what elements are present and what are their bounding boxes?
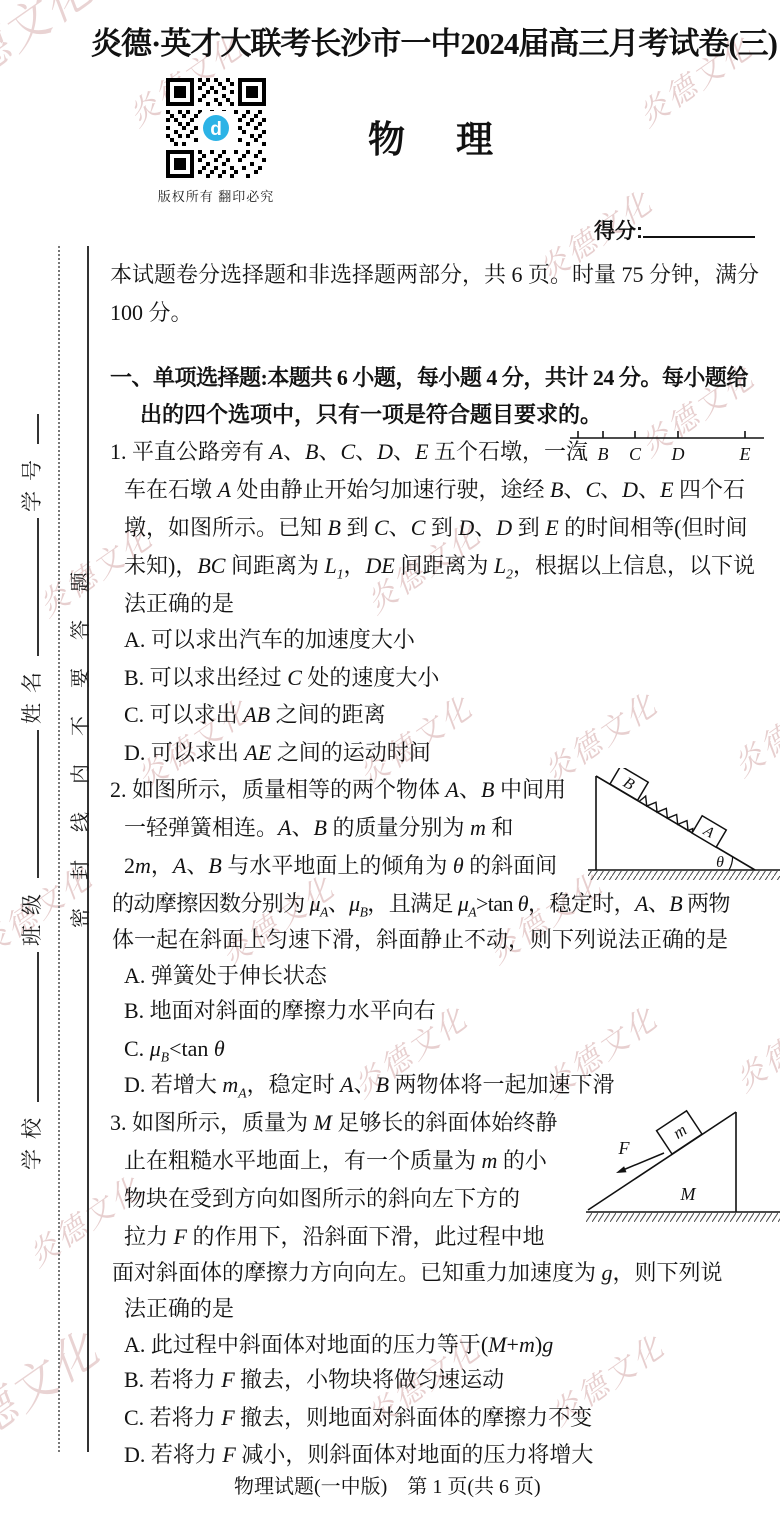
milestone-label-c: C: [629, 444, 642, 464]
milestone-label-d: D: [671, 444, 685, 464]
watermark-text: 炎德文化: [0, 1314, 111, 1480]
section-heading-line: 出的四个选项中，只有一项是符合题目要求的。: [140, 400, 602, 430]
question-1-line: 车在石墩 A 处由静止开始匀加速行驶，途经 B、C、D、E 四个石: [124, 475, 745, 505]
question-3-line: 面对斜面体的摩擦力方向向左。已知重力加速度为 g，则下列说: [112, 1258, 723, 1288]
question-2-option-c: C. μB<tan θ: [124, 1034, 225, 1072]
sidebar-student-fields: 学校班级姓名学号: [16, 360, 46, 1170]
question-2-line: 的动摩擦因数分别为 μA、μB，且满足 μA>tan θ，稳定时，A、B 两物: [112, 889, 730, 927]
question-1-option-b: B. 可以求出经过 C 处的速度大小: [124, 663, 439, 693]
ground-hatching: [588, 871, 780, 880]
sidebar-field-number: 学号: [20, 450, 44, 512]
name-blank-line: [18, 518, 39, 656]
question-2-line: 2m，A、B 与水平地面上的倾角为 θ 的斜面间: [124, 851, 557, 881]
milestone-ticks: [578, 431, 745, 438]
block-b: B: [610, 768, 648, 800]
question-1-line: 1. 平直公路旁有 A、B、C、D、E 五个石墩，一汽: [110, 437, 588, 467]
milestone-label-a: A: [572, 444, 585, 464]
subject-title: 物 理: [90, 109, 778, 163]
number-blank-line: [18, 414, 39, 444]
spring: [639, 795, 696, 833]
intro-line: 本试题卷分选择题和非选择题两部分，共 6 页。时量 75 分钟，满分: [110, 260, 759, 290]
q3-diagram: m F M: [586, 1096, 780, 1222]
question-3-line: 拉力 F 的作用下，沿斜面下滑，此过程中地: [124, 1222, 544, 1252]
question-1-option-c: C. 可以求出 AB 之间的距离: [124, 700, 386, 730]
force-label: F: [618, 1138, 631, 1158]
sidebar-field-school: 学校: [20, 1108, 44, 1170]
angle-arc: [729, 857, 733, 870]
question-2-line: 2. 如图所示，质量相等的两个物体 A、B 中间用: [110, 775, 566, 805]
question-3-line: 止在粗糙水平地面上，有一个质量为 m 的小: [124, 1146, 547, 1176]
watermark-text: 炎德文化: [0, 0, 104, 120]
sidebar-field-name: 姓名: [20, 662, 44, 724]
page-footer: 物理试题(一中版) 第 1 页(共 6 页): [234, 1470, 541, 1499]
question-3-line: 法正确的是: [124, 1294, 234, 1324]
question-3-option-c: C. 若将力 F 撤去，则地面对斜面体的摩擦力不变: [124, 1403, 592, 1433]
block-a: A: [692, 816, 726, 847]
score-blank-line: [643, 215, 755, 238]
seal-dotted-line: [58, 246, 60, 1452]
milestone-label-e: E: [739, 444, 751, 464]
question-3-option-d: D. 若将力 F 减小，则斜面体对地面的压力将增大: [124, 1440, 593, 1470]
watermark-text: 炎德文化: [724, 988, 780, 1100]
question-2-line: 体一起在斜面上匀速下滑，斜面静止不动，则下列说法正确的是: [112, 925, 728, 955]
question-1-line: 墩，如图所示。已知 B 到 C、C 到 D、D 到 E 的时间相等(但时间: [124, 513, 747, 543]
question-1-option-a: A. 可以求出汽车的加速度大小: [124, 625, 415, 655]
block-m: m: [657, 1111, 702, 1154]
score-field: 得分:: [594, 215, 755, 245]
school-blank-line: [18, 952, 39, 1102]
q2-diagram: B A θ: [588, 768, 780, 886]
question-2-option-a: A. 弹簧处于伸长状态: [124, 961, 327, 991]
class-blank-line: [18, 730, 39, 878]
question-1-option-d: D. 可以求出 AE 之间的运动时间: [124, 738, 431, 768]
ground-hatching: [586, 1213, 780, 1222]
score-label: 得分:: [594, 220, 643, 243]
question-3-option-b: B. 若将力 F 撤去，小物块将做匀速运动: [124, 1365, 504, 1395]
question-3-option-a: A. 此过程中斜面体对地面的压力等于(M+m)g: [124, 1330, 553, 1360]
question-2-line: 一轻弹簧相连。A、B 的质量分别为 m 和: [124, 813, 513, 843]
intro-line: 100 分。: [110, 298, 193, 328]
question-1-line: 法正确的是: [124, 589, 234, 619]
seal-line-text: 密封线内不要答题: [64, 544, 93, 928]
sidebar-field-class: 班级: [20, 884, 44, 946]
question-1-line: 未知)，BC 间距离为 L1，DE 间距离为 L2，根据以上信息，以下说: [124, 551, 755, 589]
question-3-line: 物块在受到方向如图所示的斜向左下方的: [124, 1184, 520, 1214]
question-2-option-d: D. 若增大 mA，稳定时 A、B 两物体将一起加速下滑: [124, 1070, 615, 1108]
qr-caption: 版权所有 翻印必究: [146, 186, 286, 205]
q1-diagram: A B C D E: [564, 424, 770, 466]
wedge-label: M: [680, 1184, 697, 1204]
exam-title: 炎德·英才大联考长沙市一中2024届高三月考试卷(三): [90, 18, 778, 63]
angle-label: θ: [716, 854, 724, 871]
question-2-option-b: B. 地面对斜面的摩擦力水平向右: [124, 996, 436, 1026]
milestone-label-b: B: [598, 444, 609, 464]
page: 炎德文化 炎德文化 炎德文化 炎德文化 炎德文化 炎德文化 炎德文化 炎德文化 …: [0, 0, 780, 1513]
question-3-line: 3. 如图所示，质量为 M 足够长的斜面体始终静: [110, 1108, 557, 1138]
section-heading-line: 一、单项选择题:本题共 6 小题，每小题 4 分，共计 24 分。每小题给: [110, 363, 748, 393]
